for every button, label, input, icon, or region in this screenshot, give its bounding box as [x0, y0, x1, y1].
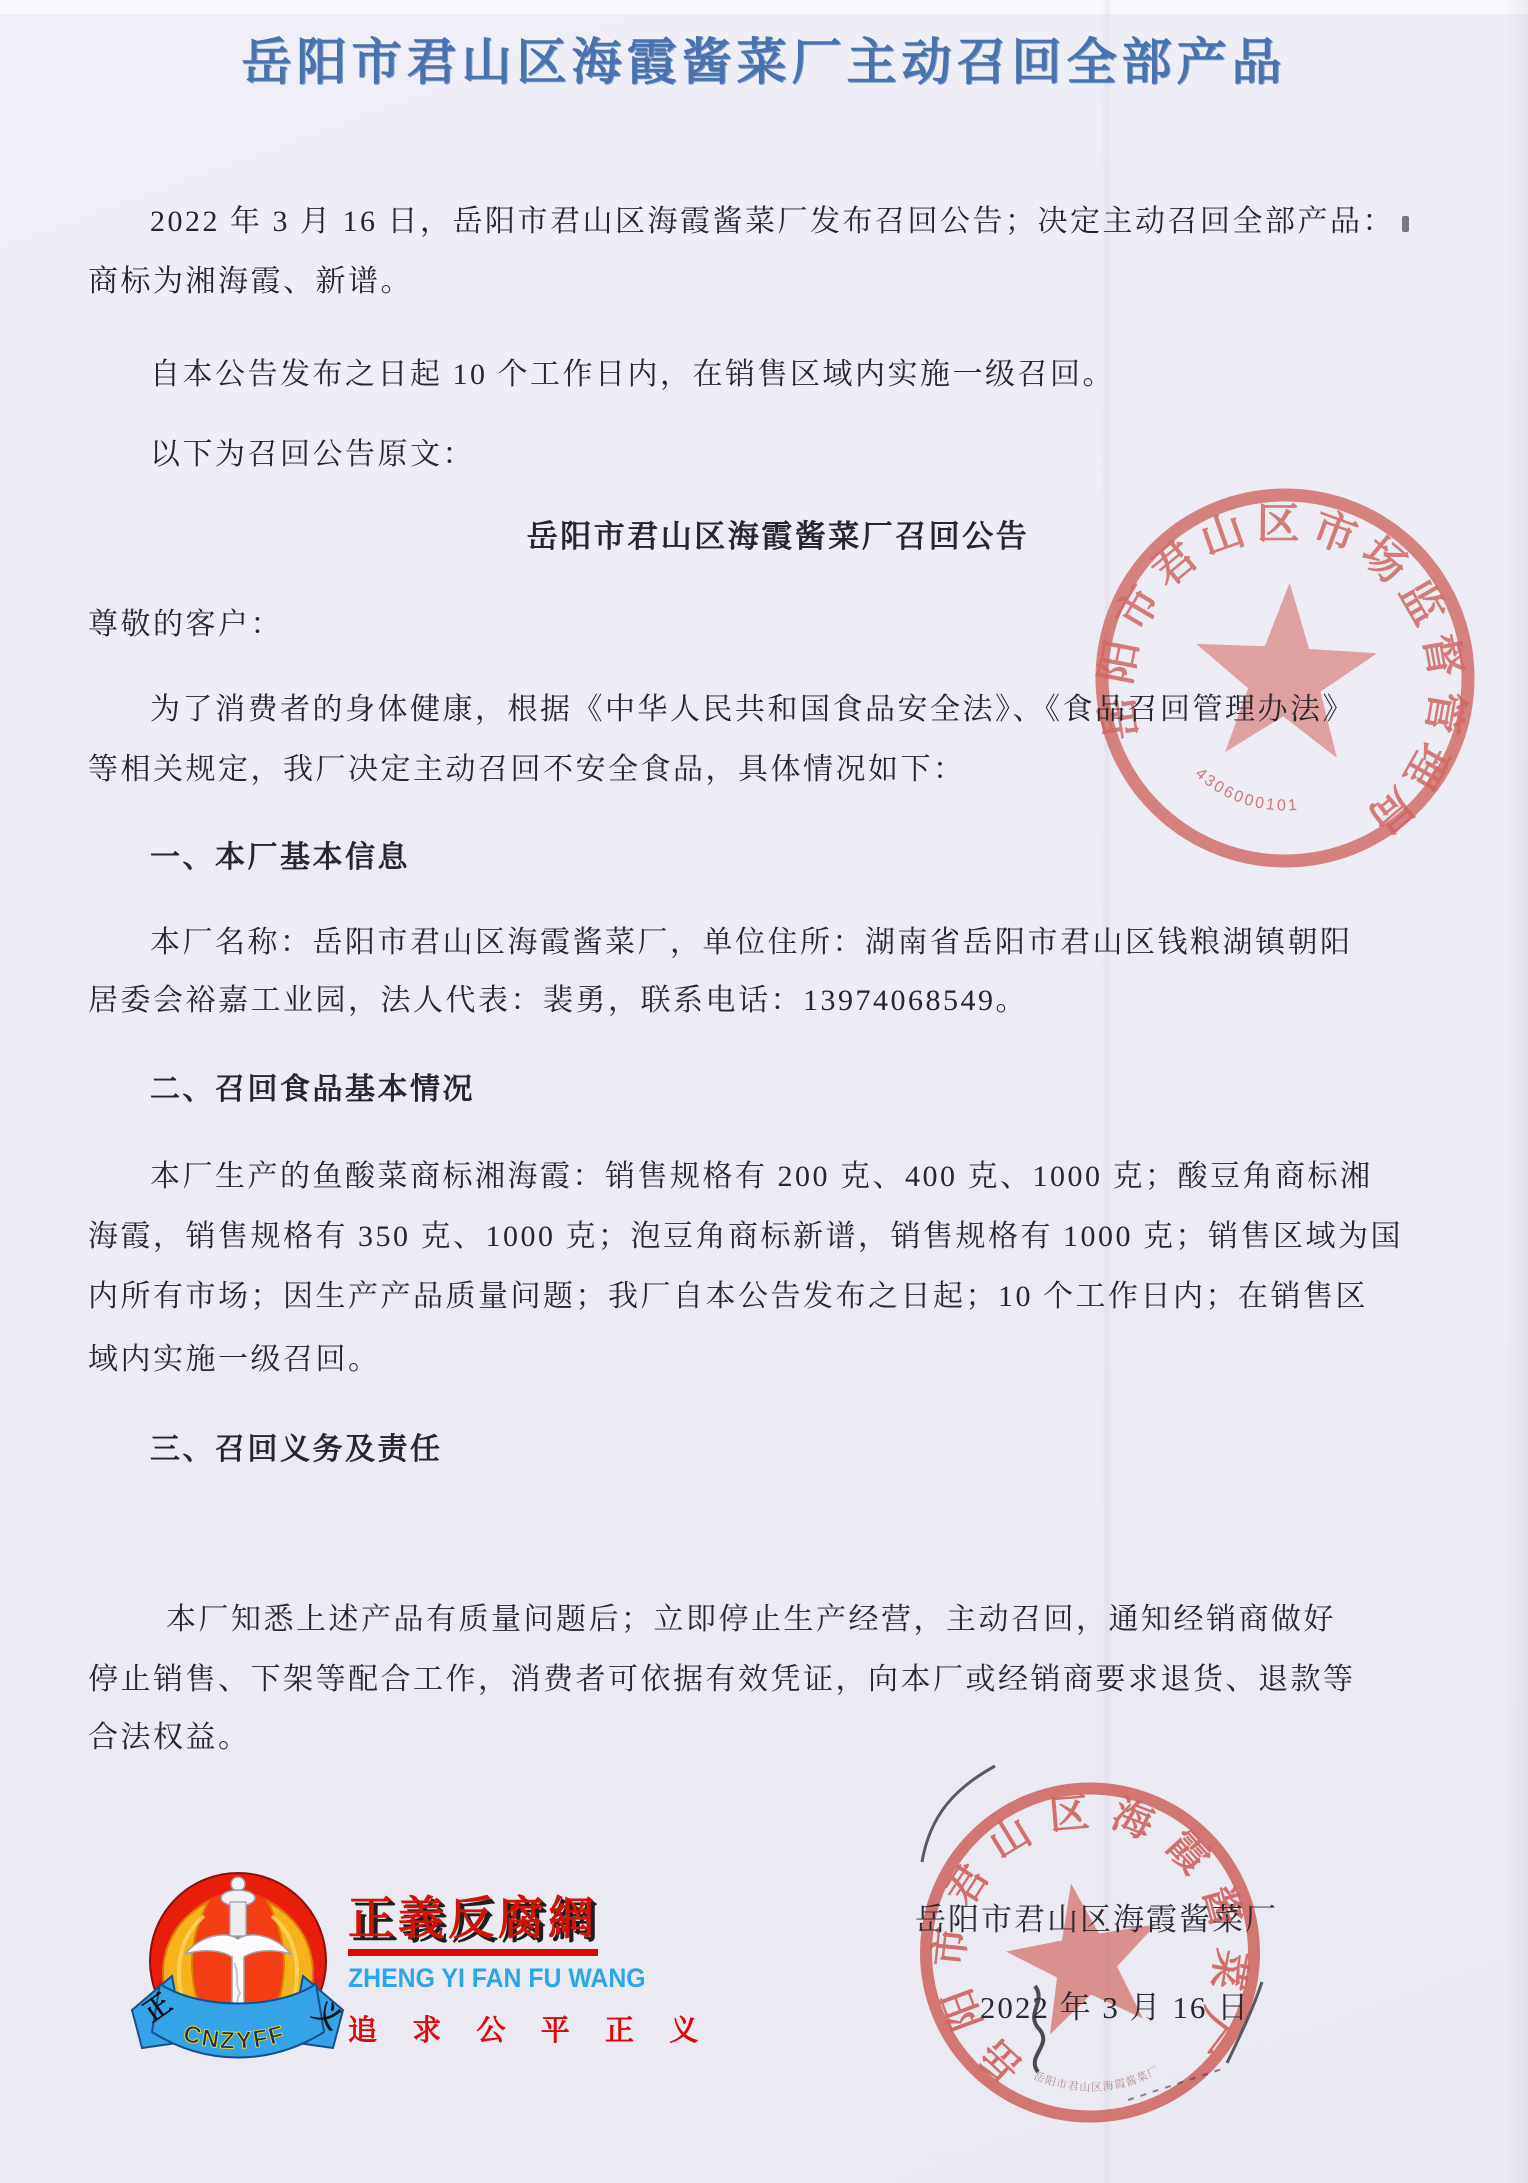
- logo-site-name: 正義反腐網: [348, 1882, 608, 1948]
- logo-rule: [348, 1949, 598, 1956]
- body-line: 内所有市场；因生产产品质量问题；我厂自本公告发布之日起；10 个工作日内；在销售…: [88, 1267, 1468, 1327]
- body-line: 合法权益。: [88, 1708, 1468, 1768]
- body-line: 自本公告发布之日起 10 个工作日内，在销售区域内实施一级召回。: [88, 345, 1528, 405]
- body-line: 2022 年 3 月 16 日，岳阳市君山区海霞酱菜厂发布召回公告；决定主动召回…: [88, 192, 1528, 252]
- body-line: 本厂生产的鱼酸菜商标湘海霞：销售规格有 200 克、400 克、1000 克；酸…: [88, 1147, 1528, 1207]
- emblem-logo: 正 义 CNZYFF: [130, 1858, 345, 2083]
- official-seal-factory: 岳阳市君山区海霞酱菜厂 岳阳市君山区海霞酱菜厂: [905, 1770, 1275, 2135]
- body-line: 商标为湘海霞、新谱。: [88, 252, 1468, 312]
- body-line: 本厂名称：岳阳市君山区海霞酱菜厂，单位住所：湖南省岳阳市君山区钱粮湖镇朝阳: [88, 913, 1528, 973]
- section-heading-3: 三、召回义务及责任: [88, 1420, 1528, 1480]
- seal-footer-micro-text: 岳阳市君山区海霞酱菜厂: [1032, 2064, 1162, 2094]
- body-line: 海霞，销售规格有 350 克、1000 克；泡豆角商标新谱，销售规格有 1000…: [88, 1207, 1468, 1267]
- svg-text:岳阳市君山区海霞酱菜厂: 岳阳市君山区海霞酱菜厂: [1032, 2064, 1162, 2094]
- scanned-recall-notice: 岳阳市君山区市场监督管理局 4306000101735 岳阳市君山区海霞酱菜厂主…: [0, 0, 1528, 2183]
- column-cap-icon: [231, 1877, 245, 1891]
- section-heading-2: 二、召回食品基本情况: [88, 1060, 1528, 1120]
- signature-company: 岳阳市君山区海霞酱菜厂: [915, 1890, 1270, 1950]
- recall-notice-heading: 岳阳市君山区海霞酱菜厂召回公告: [88, 507, 1468, 567]
- logo-slogan: 追 求 公 平 正 义: [348, 2008, 712, 2049]
- body-line: 等相关规定，我厂决定主动召回不安全食品，具体情况如下：: [88, 740, 1468, 800]
- logo-pinyin: ZHENG YI FAN FU WANG: [348, 1963, 624, 1994]
- salutation: 尊敬的客户：: [88, 595, 1468, 655]
- body-line: 居委会裕嘉工业园，法人代表：裴勇，联系电话：13974068549。: [88, 971, 1468, 1031]
- body-line: 停止销售、下架等配合工作，消费者可依据有效凭证，向本厂或经销商要求退货、退款等: [88, 1650, 1468, 1710]
- body-line: 本厂知悉上述产品有质量问题后；立即停止生产经营，主动召回，通知经销商做好: [88, 1590, 1528, 1650]
- body-line: 以下为召回公告原文：: [88, 425, 1528, 485]
- body-line: 为了消费者的身体健康，根据《中华人民共和国食品安全法》、《食品召回管理办法》: [88, 680, 1528, 740]
- body-line: 域内实施一级召回。: [88, 1330, 1468, 1390]
- scan-edge-top: [0, 0, 1528, 14]
- page-title: 岳阳市君山区海霞酱菜厂主动召回全部产品: [0, 22, 1528, 94]
- section-heading-1: 一、本厂基本信息: [88, 828, 1528, 888]
- signature-date: 2022 年 3 月 16 日: [960, 1978, 1270, 2038]
